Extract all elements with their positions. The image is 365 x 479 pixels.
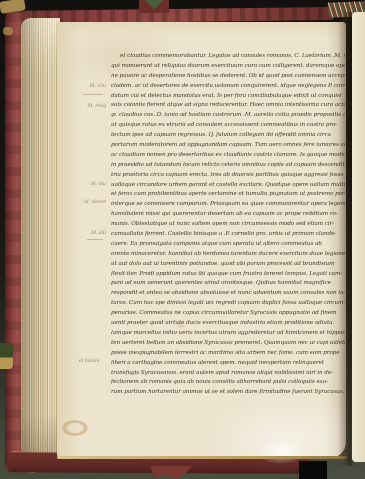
marginal-annotation: et fabius [59,359,99,364]
gilt-page-bottom-edge [57,456,347,459]
gilt-wear-patch-left [3,27,13,35]
next-page-edge [352,12,365,462]
headcap-notch [145,0,163,10]
marginal-annotation: .M. reliq [75,104,106,109]
spine-headcap-tab [139,0,169,13]
clasp-remnant [0,343,13,369]
shadow-bottom-right [299,461,327,479]
marginal-annotation: .M. cliu [75,84,106,89]
marginalia-column: .M. cliu.M. reliq.M. diu.M. delect.M. al… [57,22,346,458]
manuscript-page: et claudius commemorabantur. Legatos ad … [57,22,346,458]
manuscript-book: et claudius commemorabantur. Legatos ad … [0,0,365,479]
torn-leather-flap [150,466,192,479]
marginal-annotation: .M. diu [75,182,106,187]
page-edges-stack [21,18,60,458]
marginal-annotation: .M. delect [75,200,106,205]
marginal-annotation: .M. alii [75,231,106,236]
photo-background: et claudius commemorabantur. Legatos ad … [0,0,365,479]
